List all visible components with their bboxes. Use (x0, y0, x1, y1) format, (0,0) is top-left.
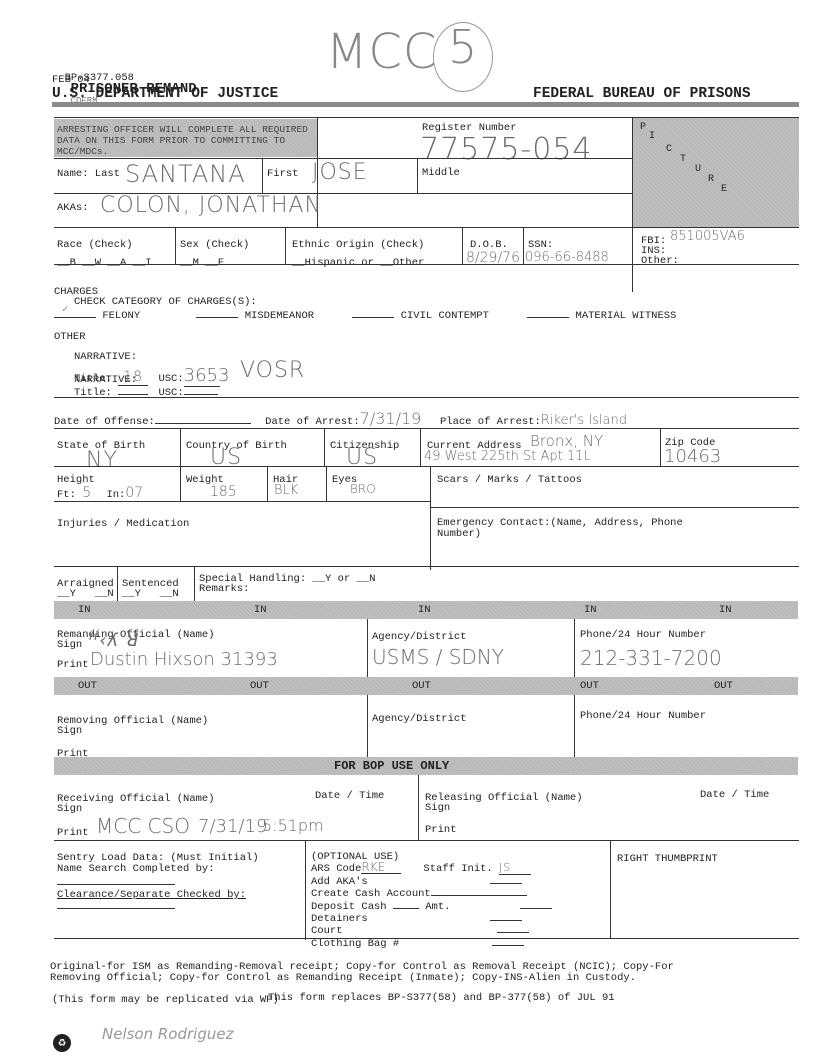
replicated-text: (This form may be replicated via WP) (52, 995, 279, 1006)
misdemeanor-checkbox[interactable] (196, 307, 238, 318)
first-name-field[interactable]: JOSE (312, 160, 368, 185)
material-witness-label: MATERIAL WITNESS (576, 310, 677, 322)
civil-contempt-label: CIVIL CONTEMPT (401, 310, 489, 322)
ars-code-label: ARS Code (311, 863, 361, 875)
offense-date-field[interactable] (155, 414, 251, 424)
divider (54, 840, 799, 841)
out-label: OUT (78, 680, 97, 692)
department-name: U.S. DEPARTMENT OF JUSTICE (52, 86, 278, 102)
agency-name: FEDERAL BUREAU OF PRISONS (533, 86, 751, 102)
divider (180, 428, 181, 466)
deposit-cash-row: Deposit Cash Amt. (311, 900, 552, 912)
weight-field[interactable]: 185 (210, 484, 237, 500)
replaces-text: This form replaces BP-S377(58) and BP-37… (268, 993, 615, 1004)
divider (54, 466, 799, 467)
inches-label: In: (106, 489, 125, 501)
arrest-place-label: Place of Arrest: (440, 416, 541, 428)
material-witness-checkbox[interactable] (527, 307, 569, 318)
divider (462, 227, 463, 264)
out-band: OUT OUT OUT OUT OUT (54, 677, 798, 695)
divider (430, 507, 799, 508)
remanding-print-field[interactable]: Dustin Hixson 31393 (90, 649, 278, 670)
receiving-print-label: Print (57, 828, 89, 839)
in-band: IN IN IN IN IN (54, 601, 798, 619)
ssn-field[interactable]: 096-66-8488 (525, 250, 609, 265)
optional-heading: (OPTIONAL USE) (311, 852, 552, 862)
felony-checkbox[interactable]: ✓ (54, 307, 96, 318)
create-cash-row: Create Cash Account (311, 887, 552, 899)
arrest-place-field[interactable]: Riker's Island (541, 413, 666, 429)
receiving-datetime-label: Date / Time (315, 791, 384, 802)
divider (175, 227, 176, 264)
last-name-label: Name: Last (57, 169, 120, 180)
sex-label: Sex (Check) (180, 240, 249, 251)
felony-label: FELONY (102, 310, 140, 322)
create-cash-label: Create Cash Account (311, 888, 431, 900)
remarks-label: Remarks: (199, 584, 249, 595)
court-row: Court (311, 924, 552, 936)
divider (54, 117, 799, 118)
name-search-label: Name Search Completed by: (57, 864, 215, 875)
divider (523, 227, 524, 264)
remanding-phone-field[interactable]: 212-331-7200 (580, 646, 722, 670)
eyes-field[interactable]: BRO (350, 482, 376, 496)
remanding-print-label: Print (57, 660, 89, 671)
divider (117, 566, 118, 601)
bop-band: FOR BOP USE ONLY (54, 757, 798, 775)
feet-field[interactable]: 5 (82, 485, 92, 501)
other-id-label: Other: (641, 256, 679, 267)
receiving-date-field[interactable]: 7/31/19 (198, 816, 267, 837)
divider (420, 428, 421, 466)
state-of-birth-field[interactable]: NY (86, 448, 118, 473)
handwritten-mcc: MCC 5 (318, 16, 488, 96)
receiving-print-field[interactable]: MCC CSO (96, 814, 190, 838)
akas-label: AKAs: (57, 203, 89, 214)
title-2-field[interactable] (118, 385, 148, 395)
receiving-sign-label: Sign (57, 804, 82, 815)
amount-label: Amt. (425, 901, 450, 913)
ethnic-label: Ethnic Origin (Check) (292, 240, 424, 251)
staff-init-label: Staff Init. (423, 863, 492, 875)
add-akas-label: Add AKA's (311, 876, 368, 888)
picture-label: P I C T U R E (640, 122, 790, 222)
dates-row: Date of Offense: Date of Arrest:7/31/19 … (54, 409, 666, 429)
divider (632, 117, 633, 292)
emergency-contact-label: Emergency Contact:(Name, Address, Phone … (437, 518, 683, 540)
arrest-date-field[interactable]: 7/31/19 (360, 409, 420, 429)
detainers-label: Detainers (311, 913, 368, 925)
divider (54, 566, 799, 567)
divider (267, 466, 268, 501)
sentenced-options[interactable]: __Y __N (122, 589, 179, 600)
distribution-text: Original-for ISM as Remanding-Removal re… (50, 962, 674, 984)
in-label: IN (254, 604, 267, 616)
in-label: IN (584, 604, 597, 616)
name-search-field[interactable] (57, 884, 175, 885)
usc-label: USC: (158, 373, 183, 385)
create-cash-field[interactable] (431, 887, 527, 896)
usc-1-field[interactable]: 3653 (184, 365, 220, 387)
narrative-1-text[interactable]: VOSR (240, 358, 305, 383)
ars-code-row: ARS CodeRKEStaff Init. JS (311, 862, 552, 874)
divider (54, 397, 799, 398)
akas-field[interactable]: COLON, JONATHAN (100, 193, 322, 218)
court-field[interactable] (497, 924, 529, 933)
form-date: FEB 04 (52, 75, 90, 86)
clearance-field[interactable] (57, 908, 175, 909)
offense-date-label: Date of Offense: (54, 416, 155, 428)
divider (54, 428, 799, 429)
in-label: IN (78, 604, 91, 616)
race-label: Race (Check) (57, 240, 133, 251)
detainers-field[interactable] (490, 912, 522, 921)
address-field[interactable]: 49 West 225th St Apt 11L (424, 449, 591, 464)
divider (418, 775, 419, 840)
divider (305, 840, 306, 940)
header-bar (52, 102, 799, 107)
divider (367, 619, 368, 677)
clothing-bag-label: Clothing Bag # (311, 938, 399, 950)
out-label: OUT (714, 680, 733, 692)
in-label: IN (418, 604, 431, 616)
deposit-cash-label: Deposit Cash (311, 901, 387, 913)
remanding-signature[interactable]: ꟸ‹ʎ ꓤ (88, 630, 139, 651)
first-name-label: First (267, 169, 299, 180)
civil-contempt-checkbox[interactable] (352, 307, 394, 318)
divider (367, 695, 368, 757)
clearance-label: Clearance/Separate Checked by: (57, 890, 246, 901)
add-akas-field[interactable] (490, 875, 522, 884)
receiving-time-field[interactable]: 5:51pm (262, 816, 324, 835)
divider (194, 566, 195, 601)
divider (574, 619, 575, 677)
divider (54, 227, 799, 228)
removing-phone-label: Phone/24 Hour Number (580, 711, 706, 722)
ars-code-field[interactable]: RKE (361, 862, 401, 873)
remanding-phone-label: Phone/24 Hour Number (580, 630, 706, 641)
register-number-field[interactable]: 77575-054 (420, 132, 593, 167)
amount-field[interactable] (520, 900, 552, 909)
releasing-sign-label: Sign (425, 803, 450, 814)
remanding-agency-field[interactable]: USMS / SDNY (372, 645, 504, 669)
height-row: Ft: 5 In:07 (57, 485, 143, 501)
out-label: OUT (412, 680, 431, 692)
address-city-field[interactable]: Bronx, NY (530, 432, 603, 450)
divider (54, 264, 799, 265)
optional-use-section: (OPTIONAL USE) ARS CodeRKEStaff Init. JS… (311, 852, 552, 949)
divider (574, 695, 575, 757)
divider (180, 466, 181, 501)
hair-field[interactable]: BLK (274, 483, 298, 498)
thumbprint-label: RIGHT THUMBPRINT (617, 854, 718, 865)
releasing-datetime-label: Date / Time (700, 790, 769, 801)
bop-label: FOR BOP USE ONLY (334, 759, 449, 773)
zip-code-field[interactable]: 10463 (664, 446, 721, 467)
deposit-cash-field[interactable] (393, 900, 419, 909)
divider (326, 466, 327, 501)
middle-name-label: Middle (422, 168, 460, 179)
removing-agency-label: Agency/District (372, 714, 467, 725)
remanding-sign-label: Sign (57, 640, 82, 651)
divider (417, 158, 418, 193)
bottom-signature: Nelson Rodriguez (102, 1025, 233, 1043)
feet-label: Ft: (57, 489, 76, 501)
staff-init-field[interactable]: JS (499, 863, 531, 874)
recycle-icon: ♻ (53, 1034, 71, 1052)
last-name-field[interactable]: SANTANA (125, 160, 246, 188)
misdemeanor-label: MISDEMEANOR (245, 310, 314, 322)
removing-sign-label: Sign (57, 726, 82, 737)
divider (324, 428, 325, 466)
notice-text: ARRESTING OFFICER WILL COMPLETE ALL REQU… (57, 124, 308, 157)
out-label: OUT (250, 680, 269, 692)
divider (54, 938, 799, 939)
divider (430, 466, 431, 570)
court-label: Court (311, 925, 343, 937)
usc-2-field[interactable] (184, 385, 218, 395)
remanding-agency-label: Agency/District (372, 632, 467, 643)
releasing-print-label: Print (425, 825, 457, 836)
divider (54, 501, 430, 502)
divider (54, 158, 632, 159)
inches-field[interactable]: 07 (125, 485, 143, 501)
out-label: OUT (580, 680, 599, 692)
scars-label: Scars / Marks / Tattoos (437, 475, 582, 486)
charges-options: ✓ FELONY MISDEMEANOR CIVIL CONTEMPT MATE… (54, 307, 676, 322)
fbi-field[interactable]: 851005VA6 (670, 229, 745, 244)
divider (262, 158, 263, 193)
divider (285, 227, 286, 264)
injuries-label: Injuries / Medication (57, 519, 189, 530)
divider (610, 840, 611, 938)
arraigned-options[interactable]: __Y __N (57, 589, 114, 600)
add-akas-row: Add AKA's (311, 875, 552, 887)
in-label: IN (719, 604, 732, 616)
detainers-row: Detainers (311, 912, 552, 924)
arrest-date-label: Date of Arrest: (265, 416, 360, 428)
divider (660, 428, 661, 466)
other-heading: OTHER (54, 332, 86, 343)
